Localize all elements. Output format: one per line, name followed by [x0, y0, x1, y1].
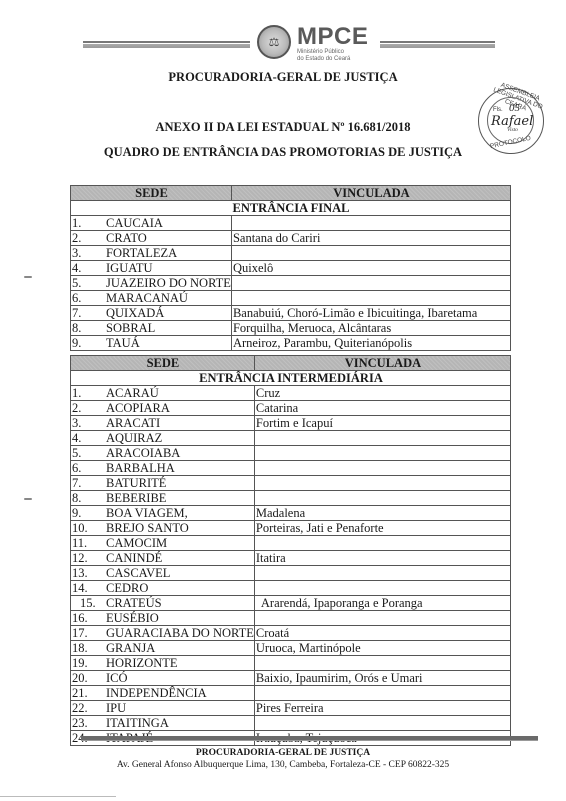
row-number: 1.: [72, 216, 106, 230]
sede-name: IGUATU: [106, 261, 153, 275]
sede-name: CRATO: [106, 231, 147, 245]
table-row: 17.GUARACIABA DO NORTECroatá: [71, 626, 511, 641]
sede-cell: 3.ARACATI: [71, 416, 255, 431]
sede-name: ACARAÚ: [106, 386, 159, 400]
column-header-sede: SEDE: [71, 186, 232, 201]
table-row: 13.CASCAVEL: [71, 566, 511, 581]
footer-address: Av. General Afonso Albuquerque Lima, 130…: [0, 760, 566, 770]
scales-of-justice-icon: ⚖: [267, 35, 281, 49]
table-row: 20.ICÓBaixio, Ipaumirim, Orós e Umari: [71, 671, 511, 686]
vinculada-cell: Uruoca, Martinópole: [254, 641, 510, 656]
row-number: 6.: [72, 461, 106, 475]
vinculada-cell: [254, 461, 510, 476]
row-number: 20.: [72, 671, 106, 685]
vinculada-cell: [254, 566, 510, 581]
row-number: 8.: [72, 321, 106, 335]
sede-cell: 6.MARACANAÚ: [71, 291, 232, 306]
table-title: QUADRO DE ENTRÂNCIA DAS PROMOTORIAS DE J…: [0, 145, 566, 160]
table-row: 18.GRANJAUruoca, Martinópole: [71, 641, 511, 656]
sede-cell: 18.GRANJA: [71, 641, 255, 656]
entrancia-final-table: SEDE VINCULADA ENTRÂNCIA FINAL 1.CAUCAIA…: [70, 185, 511, 351]
vinculada-cell: Forquilha, Meruoca, Alcântaras: [231, 321, 510, 336]
table-row: 4.AQUIRAZ: [71, 431, 511, 446]
entrancia-intermediaria-table: SEDE VINCULADA ENTRÂNCIA INTERMEDIÁRIA 1…: [70, 355, 511, 746]
sede-name: ICÓ: [106, 671, 128, 685]
row-number: 7.: [72, 306, 106, 320]
footer-organization: PROCURADORIA-GERAL DE JUSTIÇA: [0, 748, 566, 758]
footer-rule: [81, 736, 538, 741]
vinculada-cell: Itatira: [254, 551, 510, 566]
row-number: 14.: [72, 581, 106, 595]
logo-brand: MPCE: [297, 23, 368, 51]
row-number: 10.: [72, 521, 106, 535]
table-row: 22.IPUPires Ferreira: [71, 701, 511, 716]
vinculada-cell: Croatá: [254, 626, 510, 641]
sede-cell: 22.IPU: [71, 701, 255, 716]
table-row: 2.ACOPIARACatarina: [71, 401, 511, 416]
sede-name: IPU: [106, 701, 126, 715]
sede-cell: 8.BEBERIBE: [71, 491, 255, 506]
sede-cell: 12.CANINDÉ: [71, 551, 255, 566]
stamp-fls-label: Fls.: [493, 107, 503, 113]
table-row: 3.FORTALEZA: [71, 246, 511, 261]
table-row: 16.EUSÉBIO: [71, 611, 511, 626]
table-row: 5.ARACOIABA: [71, 446, 511, 461]
table-row: 11.CAMOCIM: [71, 536, 511, 551]
sede-name: CASCAVEL: [106, 566, 170, 580]
sede-cell: 1.ACARAÚ: [71, 386, 255, 401]
sede-cell: 14.CEDRO: [71, 581, 255, 596]
table-row: 15.CRATEÚSArarendá, Ipaporanga e Poranga: [71, 596, 511, 611]
sede-cell: 5.ARACOIABA: [71, 446, 255, 461]
vinculada-cell: Madalena: [254, 506, 510, 521]
row-number: 23.: [72, 716, 106, 730]
row-number: 7.: [72, 476, 106, 490]
table-row: 2.CRATOSantana do Cariri: [71, 231, 511, 246]
vinculada-cell: Arneiroz, Parambu, Quiterianópolis: [231, 336, 510, 351]
section-title: ENTRÂNCIA INTERMEDIÁRIA: [71, 371, 511, 386]
vinculada-cell: [231, 276, 510, 291]
sede-cell: 4.AQUIRAZ: [71, 431, 255, 446]
sede-cell: 15.CRATEÚS: [71, 596, 255, 611]
vinculada-cell: Ararendá, Ipaporanga e Poranga: [254, 596, 510, 611]
sede-cell: 2.ACOPIARA: [71, 401, 255, 416]
column-header-vinculada: VINCULADA: [231, 186, 510, 201]
row-number: 11.: [72, 536, 106, 550]
sede-cell: 10.BREJO SANTO: [71, 521, 255, 536]
sede-name: INDEPENDÊNCIA: [106, 686, 207, 700]
sede-name: EUSÉBIO: [106, 611, 159, 625]
vinculada-cell: Quixelô: [231, 261, 510, 276]
header-organization: PROCURADORIA-GERAL DE JUSTIÇA: [0, 70, 566, 85]
column-header-vinculada: VINCULADA: [254, 356, 510, 371]
logo-subtitle: Ministério Público do Estado do Ceará: [297, 49, 377, 63]
stamp-page-number: 05: [509, 102, 520, 114]
sede-cell: 16.EUSÉBIO: [71, 611, 255, 626]
row-number: 2.: [72, 401, 106, 415]
vinculada-cell: [231, 246, 510, 261]
header-rule-left: [83, 41, 250, 48]
vinculada-cell: Santana do Cariri: [231, 231, 510, 246]
row-number: 17.: [72, 626, 106, 640]
vinculada-cell: [254, 611, 510, 626]
table-header-row: SEDE VINCULADA: [71, 356, 511, 371]
sede-cell: 19.HORIZONTE: [71, 656, 255, 671]
table-row: 8.BEBERIBE: [71, 491, 511, 506]
table-row: 21.INDEPENDÊNCIA: [71, 686, 511, 701]
sede-name: CANINDÉ: [106, 551, 162, 565]
sede-name: SOBRAL: [106, 321, 155, 335]
sede-cell: 3.FORTALEZA: [71, 246, 232, 261]
row-number: 12.: [72, 551, 106, 565]
row-number: 5.: [72, 276, 106, 290]
vinculada-cell: [254, 491, 510, 506]
sede-name: ITAITINGA: [106, 716, 169, 730]
table-row: 3.ARACATIFortim e Icapuí: [71, 416, 511, 431]
vinculada-cell: Pires Ferreira: [254, 701, 510, 716]
sede-name: HORIZONTE: [106, 656, 178, 670]
vinculada-cell: [254, 446, 510, 461]
sede-cell: 5.JUAZEIRO DO NORTE: [71, 276, 232, 291]
sede-cell: 21.INDEPENDÊNCIA: [71, 686, 255, 701]
table-row: 10.BREJO SANTOPorteiras, Jati e Penafort…: [71, 521, 511, 536]
sede-name: TAUÁ: [106, 336, 140, 350]
row-number: 3.: [72, 246, 106, 260]
sede-cell: 7.BATURITÉ: [71, 476, 255, 491]
row-number: 2.: [72, 231, 106, 245]
sede-cell: 17.GUARACIABA DO NORTE: [71, 626, 255, 641]
row-number: 4.: [72, 431, 106, 445]
vinculada-cell: Porteiras, Jati e Penaforte: [254, 521, 510, 536]
sede-name: BOA VIAGEM,: [106, 506, 188, 520]
table-row: 19.HORIZONTE: [71, 656, 511, 671]
sede-name: JUAZEIRO DO NORTE: [106, 276, 231, 290]
header-rule-right: [380, 41, 495, 48]
sede-cell: 6.BARBALHA: [71, 461, 255, 476]
sede-name: AQUIRAZ: [106, 431, 162, 445]
table-row: 23.ITAITINGA: [71, 716, 511, 731]
sede-cell: 4.IGUATU: [71, 261, 232, 276]
row-number: 9.: [72, 506, 106, 520]
vinculada-cell: [254, 686, 510, 701]
sede-name: BEBERIBE: [106, 491, 166, 505]
section-row: ENTRÂNCIA FINAL: [71, 201, 511, 216]
table-row: 12.CANINDÉItatira: [71, 551, 511, 566]
sede-name: FORTALEZA: [106, 246, 177, 260]
vinculada-cell: [231, 216, 510, 231]
sede-name: ARACOIABA: [106, 446, 180, 460]
sede-cell: 8.SOBRAL: [71, 321, 232, 336]
row-number: 3.: [72, 416, 106, 430]
sede-name: MARACANAÚ: [106, 291, 188, 305]
sede-name: GUARACIABA DO NORTE: [106, 626, 254, 640]
row-number: 4.: [72, 261, 106, 275]
sede-cell: 11.CAMOCIM: [71, 536, 255, 551]
sede-cell: 1.CAUCAIA: [71, 216, 232, 231]
sede-name: CEDRO: [106, 581, 148, 595]
table-row: 6.BARBALHA: [71, 461, 511, 476]
table-row: 9.BOA VIAGEM,Madalena: [71, 506, 511, 521]
vinculada-cell: [254, 431, 510, 446]
sede-cell: 7.QUIXADÁ: [71, 306, 232, 321]
sede-name: ARACATI: [106, 416, 160, 430]
sede-cell: 2.CRATO: [71, 231, 232, 246]
section-row: ENTRÂNCIA INTERMEDIÁRIA: [71, 371, 511, 386]
sede-cell: 23.ITAITINGA: [71, 716, 255, 731]
sede-name: GRANJA: [106, 641, 155, 655]
row-number: 22.: [72, 701, 106, 715]
mpce-emblem: ⚖: [257, 25, 291, 59]
sede-cell: 20.ICÓ: [71, 671, 255, 686]
row-number: 21.: [72, 686, 106, 700]
vinculada-cell: Fortim e Icapuí: [254, 416, 510, 431]
row-number: 13.: [72, 566, 106, 580]
sede-name: CAUCAIA: [106, 216, 163, 230]
row-number: 1.: [72, 386, 106, 400]
vinculada-cell: [254, 536, 510, 551]
table-row: 7.BATURITÉ: [71, 476, 511, 491]
table-header-row: SEDE VINCULADA: [71, 186, 511, 201]
scan-margin-mark: [24, 498, 32, 500]
sede-name: CRATEÚS: [106, 596, 162, 610]
scan-margin-mark: [24, 276, 32, 278]
sede-name: BATURITÉ: [106, 476, 166, 490]
row-number: 16.: [72, 611, 106, 625]
table-row: 6.MARACANAÚ: [71, 291, 511, 306]
mpce-logo: ⚖ MPCE Ministério Público do Estado do C…: [255, 25, 375, 65]
row-number: 8.: [72, 491, 106, 505]
vinculada-cell: [231, 291, 510, 306]
row-number: 5.: [72, 446, 106, 460]
annex-title: ANEXO II DA LEI ESTADUAL Nº 16.681/2018: [0, 120, 566, 135]
vinculada-cell: [254, 716, 510, 731]
row-number: 18.: [72, 641, 106, 655]
vinculada-cell: Banabuiú, Choró-Limão e Ibicuitinga, Iba…: [231, 306, 510, 321]
row-number: 15.: [72, 596, 106, 610]
column-header-sede: SEDE: [71, 356, 255, 371]
vinculada-cell: Catarina: [254, 401, 510, 416]
vinculada-cell: Cruz: [254, 386, 510, 401]
logo-subtitle-line2: do Estado do Ceará: [297, 56, 377, 63]
logo-subtitle-line1: Ministério Público: [297, 49, 377, 56]
vinculada-cell: Baixio, Ipaumirim, Orós e Umari: [254, 671, 510, 686]
table-row: 5.JUAZEIRO DO NORTE: [71, 276, 511, 291]
row-number: 6.: [72, 291, 106, 305]
table-row: 9.TAUÁArneiroz, Parambu, Quiterianópolis: [71, 336, 511, 351]
table-row: 7.QUIXADÁBanabuiú, Choró-Limão e Ibicuit…: [71, 306, 511, 321]
table-row: 14.CEDRO: [71, 581, 511, 596]
sede-cell: 9.BOA VIAGEM,: [71, 506, 255, 521]
sede-name: ACOPIARA: [106, 401, 170, 415]
page-edge-line: [0, 796, 116, 797]
table-row: 4.IGUATUQuixelô: [71, 261, 511, 276]
row-number: 19.: [72, 656, 106, 670]
table-row: 1.ACARAÚCruz: [71, 386, 511, 401]
sede-name: BARBALHA: [106, 461, 175, 475]
sede-name: BREJO SANTO: [106, 521, 189, 535]
section-title: ENTRÂNCIA FINAL: [71, 201, 511, 216]
row-number: 9.: [72, 336, 106, 350]
sede-name: CAMOCIM: [106, 536, 167, 550]
vinculada-cell: [254, 656, 510, 671]
sede-cell: 9.TAUÁ: [71, 336, 232, 351]
vinculada-cell: [254, 476, 510, 491]
sede-cell: 13.CASCAVEL: [71, 566, 255, 581]
vinculada-cell: [254, 581, 510, 596]
table-row: 1.CAUCAIA: [71, 216, 511, 231]
sede-name: QUIXADÁ: [106, 306, 164, 320]
table-row: 8.SOBRALForquilha, Meruoca, Alcântaras: [71, 321, 511, 336]
